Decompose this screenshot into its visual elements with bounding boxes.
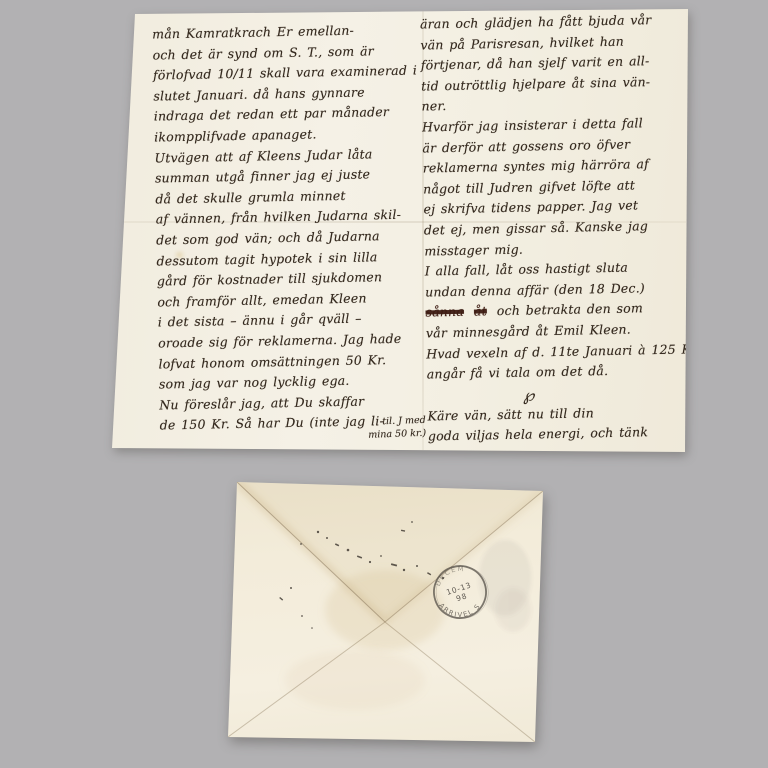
struck-out-word: åt — [474, 304, 487, 319]
letter-right-page: äran och glädjen ha fått bjuda vårvän på… — [420, 12, 690, 450]
letter-paper: mån Kamratkrach Er emellan-och det är sy… — [100, 0, 700, 462]
right-page-paragraphs-mid: vår minnesgård åt Emil Kleen.Hvad vexeln… — [426, 320, 689, 387]
handwritten-text: och betrakta den som — [497, 301, 643, 319]
envelope-back: DECEM ARRIVEL S 10-13 98 — [205, 470, 555, 755]
postmark-stamp: DECEM ARRIVEL S 10-13 98 — [420, 552, 500, 632]
handwritten-line: goda viljas hela energi, och tänk — [428, 424, 690, 450]
paper-stain — [114, 162, 123, 169]
photo-background: mån Kamratkrach Er emellan-och det är sy… — [0, 0, 768, 768]
envelope-paper: DECEM ARRIVEL S 10-13 98 — [205, 470, 555, 755]
postmark-year: 98 — [455, 591, 468, 603]
letter-left-page: mån Kamratkrach Er emellan-och det är sy… — [152, 22, 422, 439]
right-page-paragraphs-bottom: Käre vän, sätt nu till dingoda viljas he… — [427, 403, 690, 449]
right-page-paragraphs-top: äran och glädjen ha fått bjuda vårvän på… — [420, 12, 687, 305]
letter-postscript-note: til. J medmina 50 kr.) — [296, 415, 427, 446]
envelope-flap-folds — [205, 470, 555, 755]
letter-sheet: mån Kamratkrach Er emellan-och det är sy… — [100, 0, 700, 462]
struck-out-word: sånna — [425, 304, 464, 320]
